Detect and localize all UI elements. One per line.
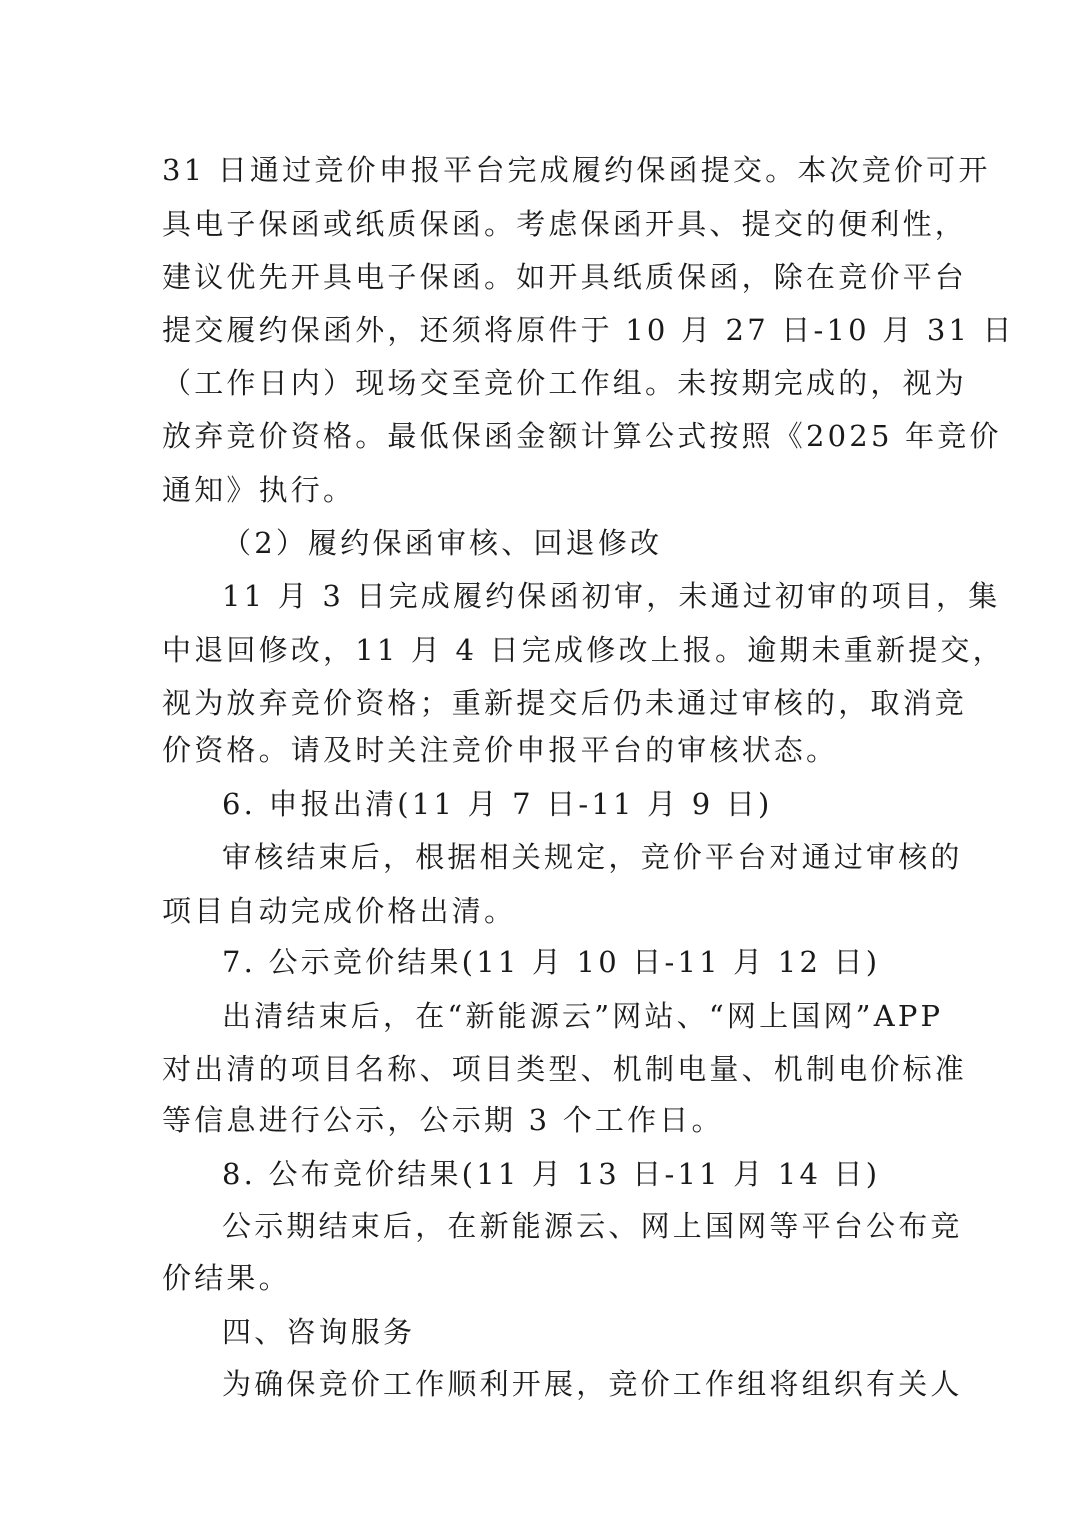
paragraph-line: 公示期结束后，在新能源云、网上国网等平台公布竞 <box>222 1206 914 1246</box>
paragraph-line: 通知》执行。 <box>162 470 914 510</box>
document-page: 31 日通过竞价申报平台完成履约保函提交。本次竞价可开 具电子保函或纸质保函。考… <box>0 0 1080 1529</box>
paragraph-line: 31 日通过竞价申报平台完成履约保函提交。本次竞价可开 <box>162 150 914 190</box>
chapter-heading: 四、咨询服务 <box>222 1312 914 1352</box>
paragraph-line: 中退回修改，11 月 4 日完成修改上报。逾期未重新提交， <box>162 630 914 670</box>
paragraph-line: 等信息进行公示，公示期 3 个工作日。 <box>162 1100 914 1140</box>
paragraph-line: 项目自动完成价格出清。 <box>162 891 914 931</box>
paragraph-line: 放弃竞价资格。最低保函金额计算公式按照《2025 年竞价 <box>162 416 914 456</box>
paragraph-line: 出清结束后，在“新能源云”网站、“网上国网”APP <box>222 996 914 1036</box>
paragraph-line: （工作日内）现场交至竞价工作组。未按期完成的，视为 <box>162 363 914 403</box>
section-heading: 8. 公布竞价结果(11 月 13 日-11 月 14 日) <box>222 1154 914 1194</box>
paragraph-line: 视为放弃竞价资格；重新提交后仍未通过审核的，取消竞 <box>162 683 914 723</box>
paragraph-line: 为确保竞价工作顺利开展，竞价工作组将组织有关人 <box>222 1364 914 1404</box>
paragraph-line: 审核结束后，根据相关规定，竞价平台对通过审核的 <box>222 837 914 877</box>
section-heading: （2）履约保函审核、回退修改 <box>222 523 914 563</box>
section-heading: 7. 公示竞价结果(11 月 10 日-11 月 12 日) <box>222 942 914 982</box>
paragraph-line: 对出清的项目名称、项目类型、机制电量、机制电价标准 <box>162 1049 914 1089</box>
paragraph-line: 11 月 3 日完成履约保函初审，未通过初审的项目，集 <box>222 576 914 616</box>
paragraph-line: 价结果。 <box>162 1258 914 1298</box>
paragraph-line: 提交履约保函外，还须将原件于 10 月 27 日-10 月 31 日 <box>162 310 914 350</box>
paragraph-line: 建议优先开具电子保函。如开具纸质保函，除在竞价平台 <box>162 257 914 297</box>
section-heading: 6. 申报出清(11 月 7 日-11 月 9 日) <box>222 784 914 824</box>
paragraph-line: 具电子保函或纸质保函。考虑保函开具、提交的便利性， <box>162 204 914 244</box>
paragraph-line: 价资格。请及时关注竞价申报平台的审核状态。 <box>162 730 914 770</box>
